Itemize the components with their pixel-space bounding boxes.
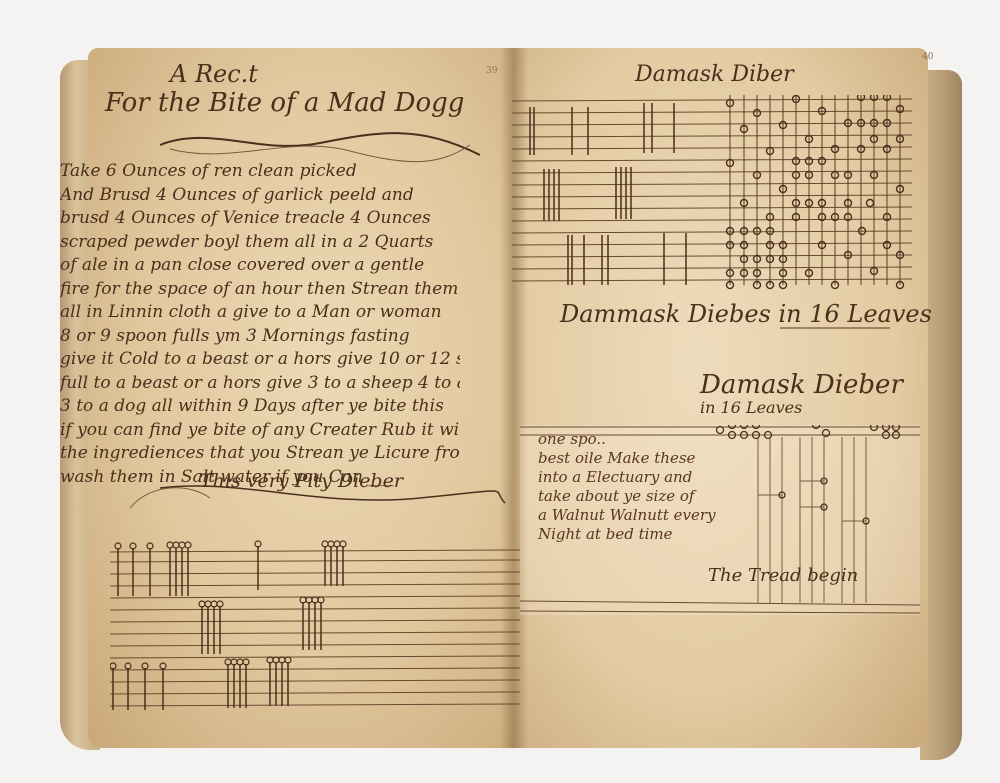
recipe-line: Take 6 Ounces of ren clean picked bbox=[60, 160, 460, 184]
recipe-line: the ingrediences that you Strean ye Licu… bbox=[60, 442, 460, 466]
draft-title-damask-diber: Damask Diber bbox=[635, 62, 794, 87]
page-number-right: 40 bbox=[922, 52, 933, 62]
title-flourish-icon bbox=[150, 125, 490, 165]
recipe-line: if you can find ye bite of any Creater R… bbox=[60, 419, 460, 443]
weaving-draft-damask bbox=[512, 95, 912, 295]
caption-underline bbox=[780, 325, 890, 331]
recipe-line: all in Linnin cloth a give to a Man or w… bbox=[60, 301, 460, 325]
recipe-line: brusd 4 Ounces of Venice treacle 4 Ounce… bbox=[60, 207, 460, 231]
recipe-line: give it Cold to a beast or a hors give 1… bbox=[60, 348, 460, 372]
note-line: a Walnut Walnutt every bbox=[538, 506, 716, 525]
page-number-left: 39 bbox=[486, 66, 497, 76]
recipe-line: fire for the space of an hour then Strea… bbox=[60, 278, 460, 302]
tread-caption: The Tread begin bbox=[708, 565, 858, 586]
note-line: into a Electuary and bbox=[538, 468, 716, 487]
recipe-line: full to a beast or a hors give 3 to a sh… bbox=[60, 372, 460, 396]
draft-caption-16-leaves: Dammask Diebes in 16 Leaves bbox=[560, 300, 932, 328]
note-line: Night at bed time bbox=[538, 525, 716, 544]
note-line: take about ye size of bbox=[538, 487, 716, 506]
recipe-line: 3 to a dog all within 9 Days after ye bi… bbox=[60, 395, 460, 419]
recipe-line: scraped pewder boyl them all in a 2 Quar… bbox=[60, 231, 460, 255]
weaving-draft-left bbox=[110, 540, 520, 715]
note-line: one spo.. bbox=[538, 430, 716, 449]
note-line: best oile Make these bbox=[538, 449, 716, 468]
recipe-line: of ale in a pan close covered over a gen… bbox=[60, 254, 460, 278]
draft-caption-left: This very Pity Dieber bbox=[200, 470, 403, 492]
recipe-title: For the Bite of a Mad Dogg bbox=[105, 88, 464, 118]
recipe-heading: A Rec.t bbox=[170, 60, 258, 88]
recipe-line: And Brusd 4 Ounces of garlick peeld and bbox=[60, 184, 460, 208]
recipe-line: 8 or 9 spoon fulls ym 3 Mornings fasting bbox=[60, 325, 460, 349]
recipe-text: Take 6 Ounces of ren clean picked And Br… bbox=[60, 160, 460, 489]
draft-subtitle-16-leaves: in 16 Leaves bbox=[700, 398, 802, 417]
draft-title-damask-dieber: Damask Dieber bbox=[700, 370, 903, 400]
remedy-note: one spo.. best oile Make these into a El… bbox=[538, 430, 716, 544]
